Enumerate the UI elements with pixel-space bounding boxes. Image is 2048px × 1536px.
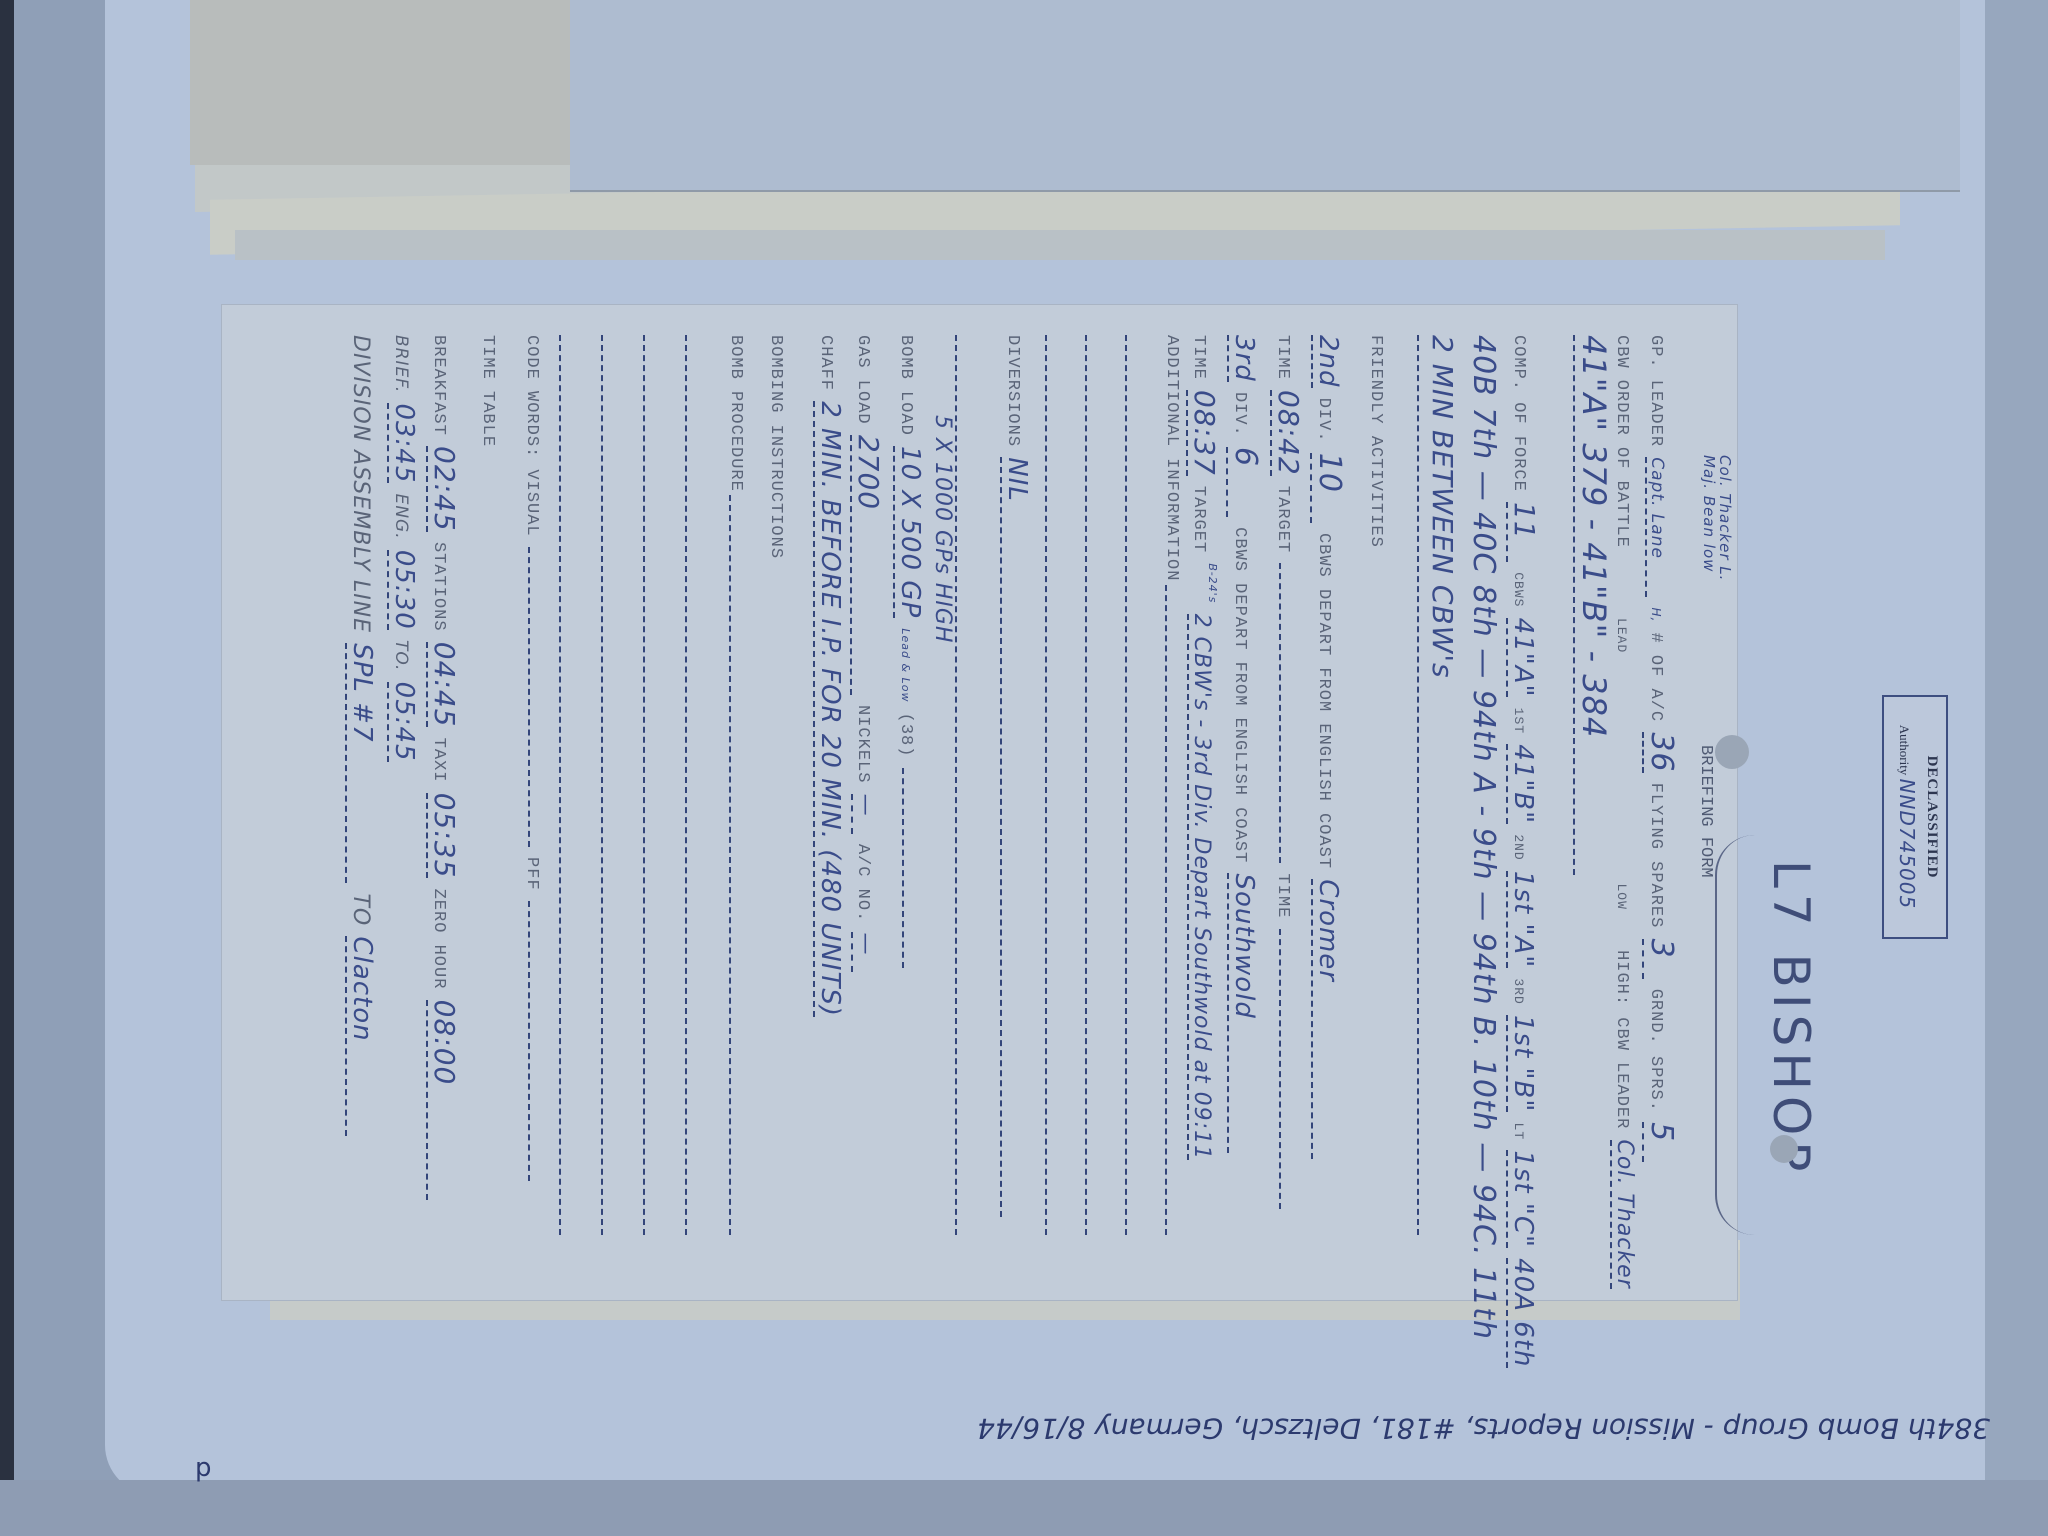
div1-target-time-field xyxy=(1279,929,1281,1209)
cbws-label: CBWS xyxy=(1511,572,1526,607)
division-assembly-field: SPL #7 xyxy=(345,643,377,883)
div2-depart-field: Southwold xyxy=(1227,873,1259,1153)
eng-label: ENG. xyxy=(391,494,411,540)
nickels-field: — xyxy=(851,794,878,834)
fourth-label: LT xyxy=(1511,1123,1526,1141)
diversions-row: DIVERSIONS NIL xyxy=(1000,335,1032,1217)
stamp-content: DECLASSIFIED Authority NND745005 xyxy=(1884,697,1946,937)
rule-line xyxy=(601,335,603,1235)
div1-time-field: 08:42 xyxy=(1270,390,1305,476)
division-assembly-to-field: Clacton xyxy=(345,936,377,1136)
stamp-title: DECLASSIFIED xyxy=(1923,697,1940,937)
div1-target-label: TARGET xyxy=(1273,486,1292,553)
div-label: DIV. xyxy=(1230,392,1249,437)
division-assembly-to-label: TO xyxy=(348,893,373,926)
brief-label: BRIEF. xyxy=(391,335,411,393)
stations-field: 04:45 xyxy=(426,642,461,728)
bomb-load-row: BOMB LOAD 10 X 500 GP Lead & Low (38) xyxy=(893,335,925,968)
taxi-field: 05:35 xyxy=(426,793,461,879)
order-of-battle-field: 41"A" 379 - 41"B" - 384 xyxy=(1573,335,1613,875)
spares-field: 3 xyxy=(1642,939,1679,979)
div2-target-label: TARGET xyxy=(1189,486,1208,553)
rule-line xyxy=(955,335,957,1235)
div2-field: 3rd xyxy=(1227,335,1259,382)
stamp-authority: Authority NND745005 xyxy=(1895,697,1919,937)
diversions-field: NIL xyxy=(1000,457,1032,1217)
time-table-label: TIME TABLE xyxy=(478,335,497,447)
third-label: 3RD xyxy=(1511,978,1526,1004)
sixth-field: 40A 6th xyxy=(1506,1258,1538,1367)
gp-leader-notes: Col. Thacker L. Maj. Bean low xyxy=(1701,455,1733,581)
div1-field: 2nd xyxy=(1311,335,1343,388)
breakfast-field: 02:45 xyxy=(426,446,461,532)
gp-leader-field: Capt. Lane xyxy=(1645,457,1667,597)
bomb-load-count: (38) xyxy=(896,713,915,758)
div1-depart-field: Cromer xyxy=(1311,879,1343,1159)
bomb-load-label: BOMB LOAD xyxy=(896,335,915,436)
gp-leader-note: Maj. Bean low xyxy=(1701,455,1717,581)
gp-leader-row: GP. LEADER Capt. Lane H, # OF A/C 36 FLY… xyxy=(1642,335,1679,1162)
div2-time-row: TIME 08:37 TARGET B-24's 2 CBW's - 3rd D… xyxy=(1186,335,1221,1160)
div1-target-time-label: TIME xyxy=(1273,874,1292,919)
to-field: 05:45 xyxy=(387,682,419,762)
timetable-row2: BRIEF. 03:45 ENG. 05:30 TO. 05:45 xyxy=(387,335,419,762)
second-field: 41"B" xyxy=(1506,744,1538,824)
code-words-visual-field xyxy=(528,547,530,847)
div2-depart-label: CBWS DEPART FROM ENGLISH COAST xyxy=(1230,527,1249,863)
div1-cbws-field: 10 xyxy=(1310,453,1347,523)
paper-stack-top-sheet xyxy=(570,0,1960,192)
side-note: L7 BISHOP xyxy=(1740,860,1820,1280)
bombing-instructions-label: BOMBING INSTRUCTIONS xyxy=(766,335,785,559)
folder-edge xyxy=(1985,0,2048,1536)
breakfast-label: BREAKFAST xyxy=(429,335,448,436)
first-field: 41"A" xyxy=(1506,618,1538,698)
stations-label: STATIONS xyxy=(429,542,448,632)
grnd-spares-label: GRND. SPRS. xyxy=(1646,989,1665,1112)
order-of-battle-label: CBW ORDER OF BATTLE xyxy=(1612,335,1631,548)
div-label: DIV. xyxy=(1314,398,1333,443)
zero-hour-label: ZERO HOUR xyxy=(429,889,448,990)
div2-row: 3rd DIV. 6 CBWS DEPART FROM ENGLISH COAS… xyxy=(1226,335,1263,1153)
paper-stack-sheet xyxy=(235,230,1885,260)
num-of-field: 36 xyxy=(1642,732,1679,772)
low-label: LOW xyxy=(1614,883,1629,909)
comp-force-label: COMP. OF FORCE xyxy=(1509,335,1528,492)
archive-caption: 384th Bomb Group - Mission Reports, #181… xyxy=(720,1385,1990,1445)
rule-line xyxy=(643,335,645,1235)
chaff-row: CHAFF 2 MIN. BEFORE I.P. FOR 20 MIN. (48… xyxy=(813,335,845,1017)
dark-edge xyxy=(0,0,14,1536)
gp-leader-note: Col. Thacker L. xyxy=(1717,455,1733,581)
div1-row: 2nd DIV. 10 CBWS DEPART FROM ENGLISH COA… xyxy=(1310,335,1347,1159)
division-assembly-label: DIVISION ASSEMBLY LINE xyxy=(348,335,373,633)
side-note-text: L7 BISHOP xyxy=(1740,860,1820,1280)
briefing-form: BRIEFING FORM Col. Thacker L. Maj. Bean … xyxy=(222,305,1737,1300)
div1-time-label: TIME xyxy=(1273,335,1292,380)
div1-time-row: TIME 08:42 TARGET TIME xyxy=(1270,335,1305,1209)
paper-stack-left-sheet xyxy=(190,0,572,165)
lead-label: LEAD xyxy=(1614,618,1629,653)
rule-line xyxy=(1045,335,1047,1235)
corner-mark: d xyxy=(195,1455,212,1485)
additional-info-label: ADDITIONAL INFORMATION xyxy=(1162,335,1181,581)
div2-time-label: TIME xyxy=(1189,335,1208,380)
second-label: 2ND xyxy=(1511,834,1526,860)
eng-field: 05:30 xyxy=(387,550,419,630)
declassified-stamp: DECLASSIFIED Authority NND745005 xyxy=(1882,695,1948,939)
code-words-label: CODE WORDS: VISUAL xyxy=(522,335,541,537)
bomb-procedure-label: BOMB PROCEDURE xyxy=(726,335,745,492)
form-title: BRIEFING FORM xyxy=(1696,745,1715,878)
bomb-load-field: 10 X 500 GP xyxy=(893,446,925,618)
gp-leader-label: GP. LEADER xyxy=(1646,335,1665,447)
high-label: HIGH: CBW LEADER xyxy=(1612,950,1631,1129)
gas-load-row: GAS LOAD 2700 NICKELS — A/C NO. — xyxy=(850,335,885,972)
div2-target-note: B-24's xyxy=(1206,563,1219,603)
taxi-label: TAXI xyxy=(429,738,448,783)
num-of-label: # OF A/C xyxy=(1646,632,1665,722)
zero-hour-field: 08:00 xyxy=(426,1000,461,1200)
div1-depart-label: CBWS DEPART FROM ENGLISH COAST xyxy=(1314,533,1333,869)
rule-line xyxy=(1085,335,1087,1235)
rule-line xyxy=(1417,335,1419,1235)
stamp-authority-value: NND745005 xyxy=(1895,779,1919,910)
bomb-load-qualifier: Lead & Low xyxy=(899,628,912,702)
bomb-load-note: 5 X 1000 GPs HIGH xyxy=(930,415,955,643)
bomb-load-extra xyxy=(902,768,904,968)
rule-line xyxy=(729,495,731,1235)
ac-no-field: — xyxy=(851,932,878,972)
punch-hole xyxy=(1770,1135,1798,1163)
comp-force-row: COMP. OF FORCE 11 CBWS 41"A" 1ST 41"B" 2… xyxy=(1506,335,1541,1368)
code-words-pff-field xyxy=(528,901,530,1181)
code-words-pff-label: PFF xyxy=(522,857,541,891)
friendly-activities-label: FRIENDLY ACTIVITIES xyxy=(1366,335,1385,548)
code-words-row: CODE WORDS: VISUAL PFF xyxy=(522,335,541,1181)
punch-hole xyxy=(1715,735,1749,769)
order-of-battle-value: 41"A" 379 - 41"B" - 384 xyxy=(1573,335,1613,935)
comp-force-line3: 2 MIN BETWEEN CBW's xyxy=(1426,335,1459,679)
to-label: TO. xyxy=(391,640,411,671)
order-of-battle-row: CBW ORDER OF BATTLE LEAD LOW HIGH: CBW L… xyxy=(1610,335,1637,1289)
gp-leader-suffix: H, xyxy=(1649,607,1663,622)
comp-force-cbws-field: 11 xyxy=(1506,502,1541,562)
high-field: Col. Thacker xyxy=(1610,1140,1637,1289)
nickels-label: NICKELS xyxy=(853,705,872,783)
comp-force-line2: 40B 7th — 40C 8th — 94th A - 9th — 94th … xyxy=(1466,335,1501,1340)
division-assembly-row: DIVISION ASSEMBLY LINE SPL #7 TO Clacton xyxy=(345,335,377,1136)
diversions-label: DIVERSIONS xyxy=(1003,335,1022,447)
gas-load-label: GAS LOAD xyxy=(853,335,872,425)
gas-load-field: 2700 xyxy=(850,435,885,695)
div2-cbws-field: 6 xyxy=(1226,447,1263,517)
fifth-field: 1st "C" xyxy=(1506,1150,1538,1248)
grnd-spares-field: 5 xyxy=(1642,1122,1679,1162)
rule-line xyxy=(559,335,561,1235)
rule-line xyxy=(685,335,687,1235)
brief-field: 03:45 xyxy=(387,403,419,483)
rule-line xyxy=(1165,585,1167,1235)
stamp-authority-label: Authority xyxy=(1897,725,1912,776)
table-surface xyxy=(0,1480,2048,1536)
div2-time-field: 08:37 xyxy=(1186,390,1221,476)
briefing-form-page: BRIEFING FORM Col. Thacker L. Maj. Bean … xyxy=(222,305,1737,1300)
div1-target-field xyxy=(1279,563,1281,863)
chaff-field: 2 MIN. BEFORE I.P. FOR 20 MIN. (480 UNIT… xyxy=(813,401,845,1017)
chaff-label: CHAFF xyxy=(816,335,835,391)
rule-line xyxy=(1125,335,1127,1235)
ac-no-label: A/C NO. xyxy=(853,844,872,922)
timetable-row1: BREAKFAST 02:45 STATIONS 04:45 TAXI 05:3… xyxy=(426,335,461,1200)
first-label: 1ST xyxy=(1511,708,1526,734)
div2-target-field: 2 CBW's - 3rd Div. Depart Southwold at 0… xyxy=(1187,614,1214,1160)
fourth-field: 1st "B" xyxy=(1506,1015,1538,1112)
spares-label: FLYING SPARES xyxy=(1646,783,1665,929)
third-field: 1st "A" xyxy=(1506,871,1538,968)
